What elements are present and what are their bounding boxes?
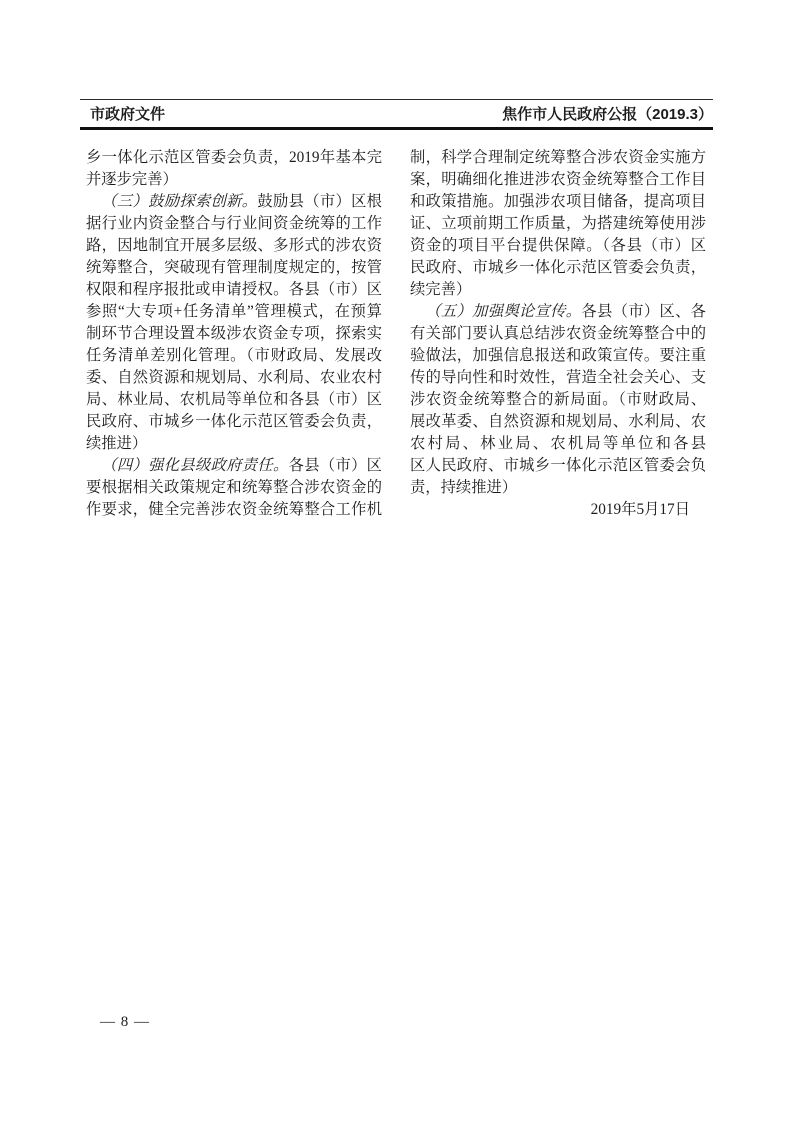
section-heading: （五）加强舆论宣传。 [425, 303, 581, 320]
text-line: 委、自然资源和规划局、水利局、农业农村 [86, 367, 382, 389]
text-line: 有关部门要认真总结涉农资金统筹整合中的经 [410, 323, 706, 345]
page-header: 市政府文件 焦作市人民政府公报（2019.3） [80, 0, 713, 140]
text-line: 路，因地制宜开展多层级、多形式的涉农资金 [86, 235, 382, 257]
text-line: 验做法，加强信息报送和政策宣传。要注重宣 [410, 345, 706, 367]
text-line: 续推进） [86, 433, 382, 455]
section-heading: （三）鼓励探索创新。 [101, 193, 257, 210]
text-line: （五）加强舆论宣传。各县（市）区、各 [410, 301, 706, 323]
text-line: 传的导向性和时效性，营造全社会关心、支持 [410, 367, 706, 389]
text-column-left: 乡一体化示范区管委会负责，2019年基本完成并逐步完善）（三）鼓励探索创新。鼓励… [86, 147, 382, 521]
text-line: 权限和程序报批或申请授权。各县（市）区可 [86, 279, 382, 301]
text-line: 案，明确细化推进涉农资金统筹整合工作目标 [410, 169, 706, 191]
header-section-title: 市政府文件 [80, 105, 165, 124]
text-line: 资金的项目平台提供保障。（各县（市）区人 [410, 235, 706, 257]
text-line: 续完善） [410, 279, 706, 301]
text-line: 参照“大专项+任务清单”管理模式，在预算编 [86, 301, 382, 323]
text-line: 作要求，健全完善涉农资金统筹整合工作机 [86, 499, 382, 521]
header-bottom-rule [80, 127, 713, 130]
text-line: 农村局、林业局、农机局等单位和各县（市） [410, 433, 706, 455]
text-line: 民政府、市城乡一体化示范区管委会负责，持 [86, 411, 382, 433]
text-line: 局、林业局、农机局等单位和各县（市）区人 [86, 389, 382, 411]
header-top-rule [80, 99, 713, 100]
text-line: 并逐步完善） [86, 169, 382, 191]
text-line: 任务清单差别化管理。（市财政局、发展改革 [86, 345, 382, 367]
text-line: （三）鼓励探索创新。鼓励县（市）区根 [86, 191, 382, 213]
text-line: 乡一体化示范区管委会负责，2019年基本完成 [86, 147, 382, 169]
header-row: 市政府文件 焦作市人民政府公报（2019.3） [80, 105, 713, 124]
document-date: 2019年5月17日 [410, 499, 706, 521]
text-line: 涉农资金统筹整合的新局面。（市财政局、发 [410, 389, 706, 411]
text-line: 民政府、市城乡一体化示范区管委会负责，持 [410, 257, 706, 279]
text-column-right: 制，科学合理制定统筹整合涉农资金实施方案，明确细化推进涉农资金统筹整合工作目标和… [410, 147, 706, 521]
text-line: 责，持续推进） [410, 477, 706, 499]
document-body: 乡一体化示范区管委会负责，2019年基本完成并逐步完善）（三）鼓励探索创新。鼓励… [86, 147, 706, 521]
document-page: { "header": { "left": "市政府文件", "right": … [0, 0, 793, 1122]
text-line: 和政策措施。加强涉农项目储备，提高项目论 [410, 191, 706, 213]
text-line: 区人民政府、市城乡一体化示范区管委会负 [410, 455, 706, 477]
section-heading: （四）强化县级政府责任。 [101, 457, 288, 474]
text-line: （四）强化县级政府责任。各县（市）区 [86, 455, 382, 477]
text-line: 证、立项前期工作质量，为搭建统筹使用涉农 [410, 213, 706, 235]
page-number: — 8 — [100, 1011, 150, 1033]
text-line: 据行业内资金整合与行业间资金统筹的工作思 [86, 213, 382, 235]
text-line: 制环节合理设置本级涉农资金专项，探索实施 [86, 323, 382, 345]
text-line: 要根据相关政策规定和统筹整合涉农资金的工 [86, 477, 382, 499]
text-line: 展改革委、自然资源和规划局、水利局、农业 [410, 411, 706, 433]
text-line: 制，科学合理制定统筹整合涉农资金实施方 [410, 147, 706, 169]
text-line: 统筹整合，突破现有管理制度规定的，按管理 [86, 257, 382, 279]
header-gazette-title: 焦作市人民政府公报（2019.3） [502, 105, 713, 124]
